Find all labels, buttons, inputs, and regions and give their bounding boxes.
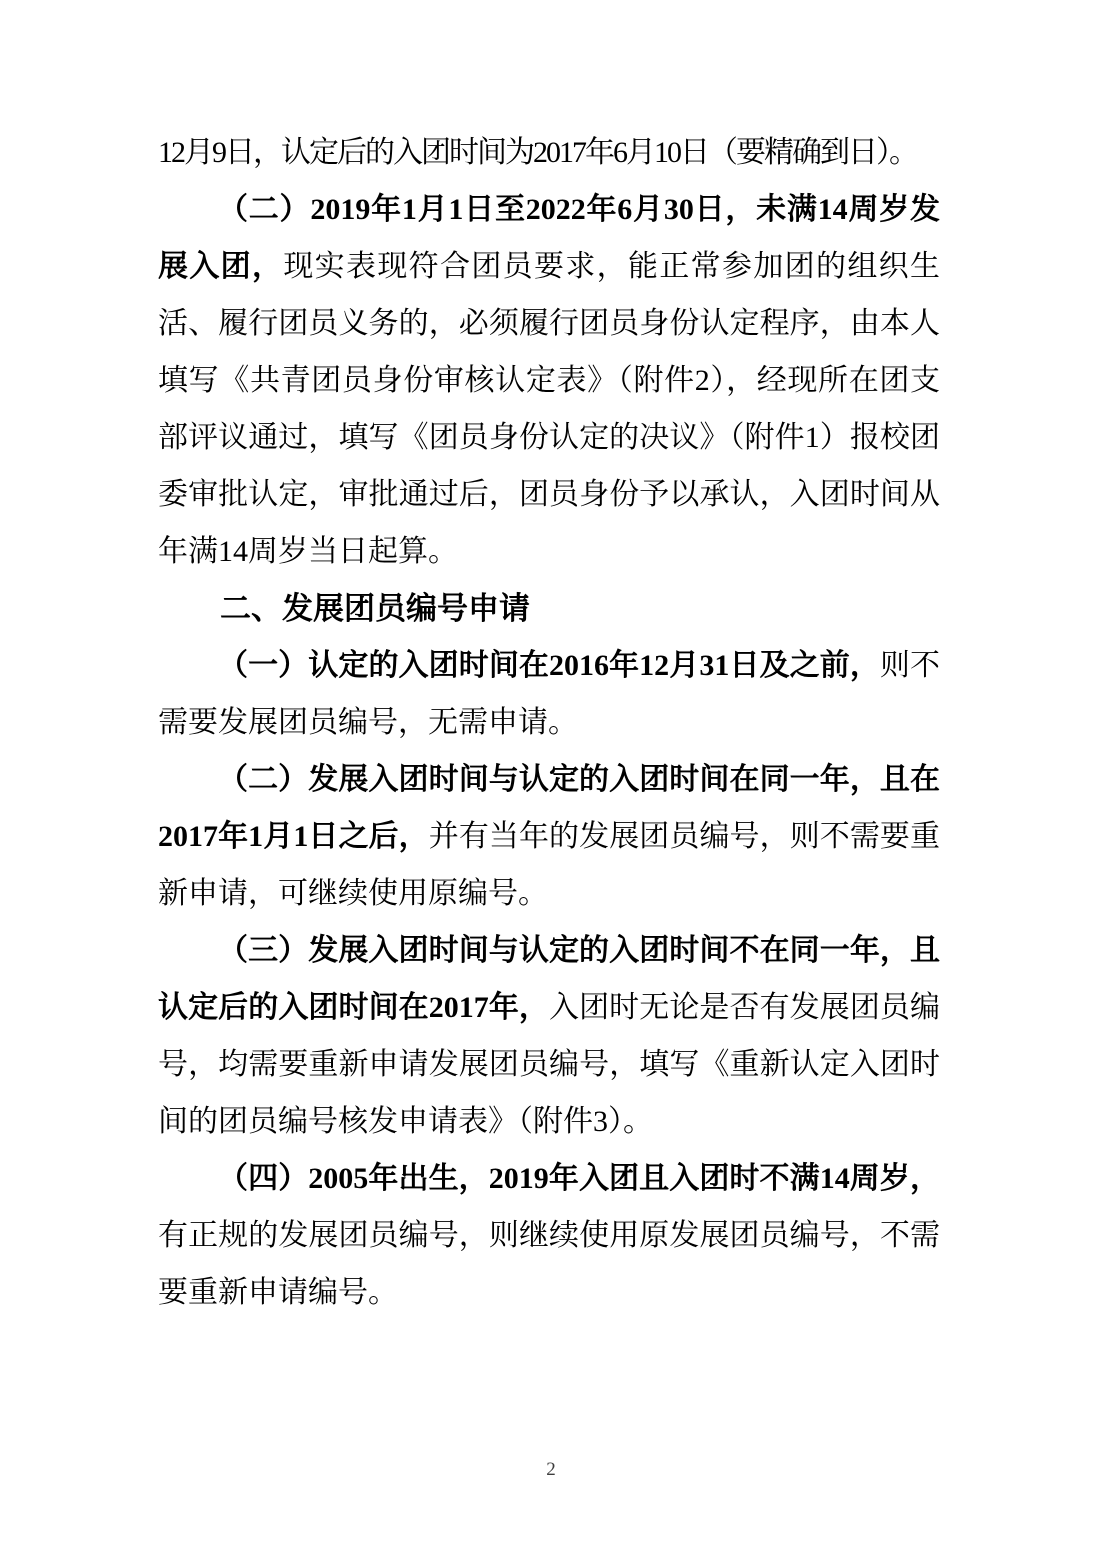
- text-run: 12月9日，认定后的入团时间为2017年6月10日（要精确到日）。: [158, 136, 917, 169]
- text-run-bold: （一）认定的入团时间在2016年12月31日及之前，: [218, 649, 880, 682]
- document-content: 12月9日，认定后的入团时间为2017年6月10日（要精确到日）。（二）2019…: [158, 124, 940, 1321]
- paragraph: （一）认定的入团时间在2016年12月31日及之前，则不需要发展团员编号，无需申…: [158, 637, 940, 751]
- page-number: 2: [0, 1458, 1102, 1482]
- paragraph: （二）发展入团时间与认定的入团时间在同一年，且在2017年1月1日之后，并有当年…: [158, 751, 940, 922]
- text-run: 有正规的发展团员编号，则继续使用原发展团员编号，不需要重新申请编号。: [158, 1219, 940, 1309]
- text-run: 现实表现符合团员要求，能正常参加团的组织生活、履行团员义务的，必须履行团员身份认…: [158, 250, 940, 568]
- paragraph: （二）2019年1月1日至2022年6月30日，未满14周岁发展入团，现实表现符…: [158, 181, 940, 580]
- section-heading: 二、发展团员编号申请: [158, 580, 940, 637]
- document-page: 12月9日，认定后的入团时间为2017年6月10日（要精确到日）。（二）2019…: [0, 0, 1102, 1559]
- text-run-bold: 二、发展团员编号申请: [220, 591, 530, 626]
- paragraph: （三）发展入团时间与认定的入团时间不在同一年，且认定后的入团时间在2017年，入…: [158, 922, 940, 1150]
- text-run-bold: （四）2005年出生，2019年入团且入团时不满14周岁，: [218, 1162, 940, 1195]
- paragraph: （四）2005年出生，2019年入团且入团时不满14周岁，有正规的发展团员编号，…: [158, 1150, 940, 1321]
- continuation-paragraph: 12月9日，认定后的入团时间为2017年6月10日（要精确到日）。: [158, 124, 940, 181]
